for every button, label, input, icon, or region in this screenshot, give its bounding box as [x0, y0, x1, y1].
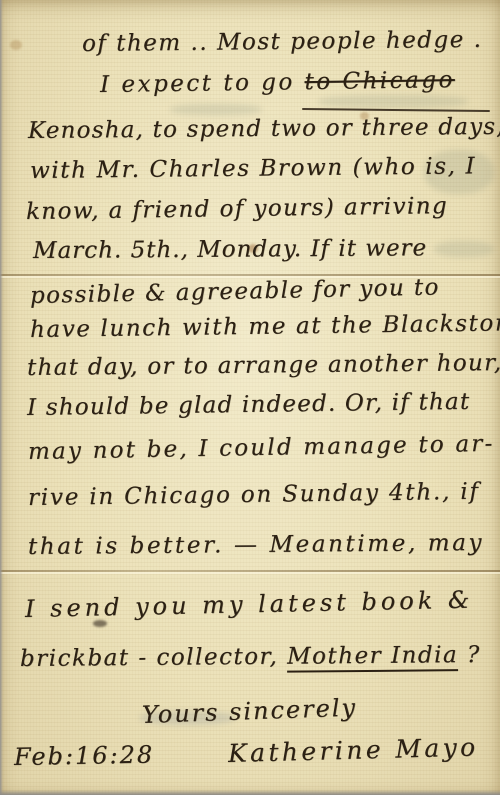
- letter-line-8: have lunch with me at the Blackstone: [30, 309, 500, 345]
- crossout-trailing-line: [302, 108, 490, 112]
- bleedthrough-smudge: [318, 95, 468, 108]
- fold-crease-bottom: [0, 570, 500, 575]
- bleedthrough-smudge: [434, 241, 494, 257]
- letter-line-14: I send you my latest book &: [25, 585, 474, 624]
- letter-line-2: I expect to go to Chicago: [100, 66, 455, 100]
- scan-edge-left: [0, 0, 3, 795]
- scan-edge-bottom: [0, 790, 500, 795]
- letter-line-1: of them .. Most people hedge .: [82, 26, 483, 59]
- letter-line-15-text: brickbat - collector,: [20, 644, 287, 672]
- underlined-title-mother-india: Mother India: [287, 642, 458, 672]
- closing-text: Yours sincerely: [141, 693, 357, 730]
- letter-line-3: Kenosha, to spend two or three days,: [28, 113, 500, 146]
- letter-line-13: that is better. — Meantime, may: [28, 529, 484, 562]
- letter-line-12: rive in Chicago on Sunday 4th., if: [28, 478, 480, 513]
- letter-line-10: I should be glad indeed. Or, if that: [27, 388, 471, 423]
- letter-line-6: March. 5th., Monday. If it were: [33, 234, 427, 266]
- letter-paper: of them .. Most people hedge . I expect …: [0, 0, 500, 795]
- letter-line-11: may not be, I could manage to ar-: [28, 430, 495, 467]
- letter-line-9: that day, or to arrange another hour,: [27, 349, 500, 383]
- paper-stain: [10, 40, 22, 50]
- date-text: Feb:16:28: [14, 740, 155, 772]
- letter-line-5: know, a friend of yours) arriving: [26, 192, 448, 227]
- letter-line-15: brickbat - collector, Mother India ?: [20, 641, 481, 674]
- bleedthrough-smudge: [170, 104, 262, 115]
- letter-line-7: possible & agreeable for you to: [30, 273, 440, 310]
- letter-line-4: with Mr. Charles Brown (who is, I: [30, 152, 476, 185]
- signature: Katherine Mayo: [228, 731, 479, 769]
- letter-line-2-text: I expect to go: [100, 69, 305, 98]
- struck-text-to-chicago: to Chicago: [304, 67, 455, 95]
- letter-line-15-question-mark: ?: [458, 642, 481, 668]
